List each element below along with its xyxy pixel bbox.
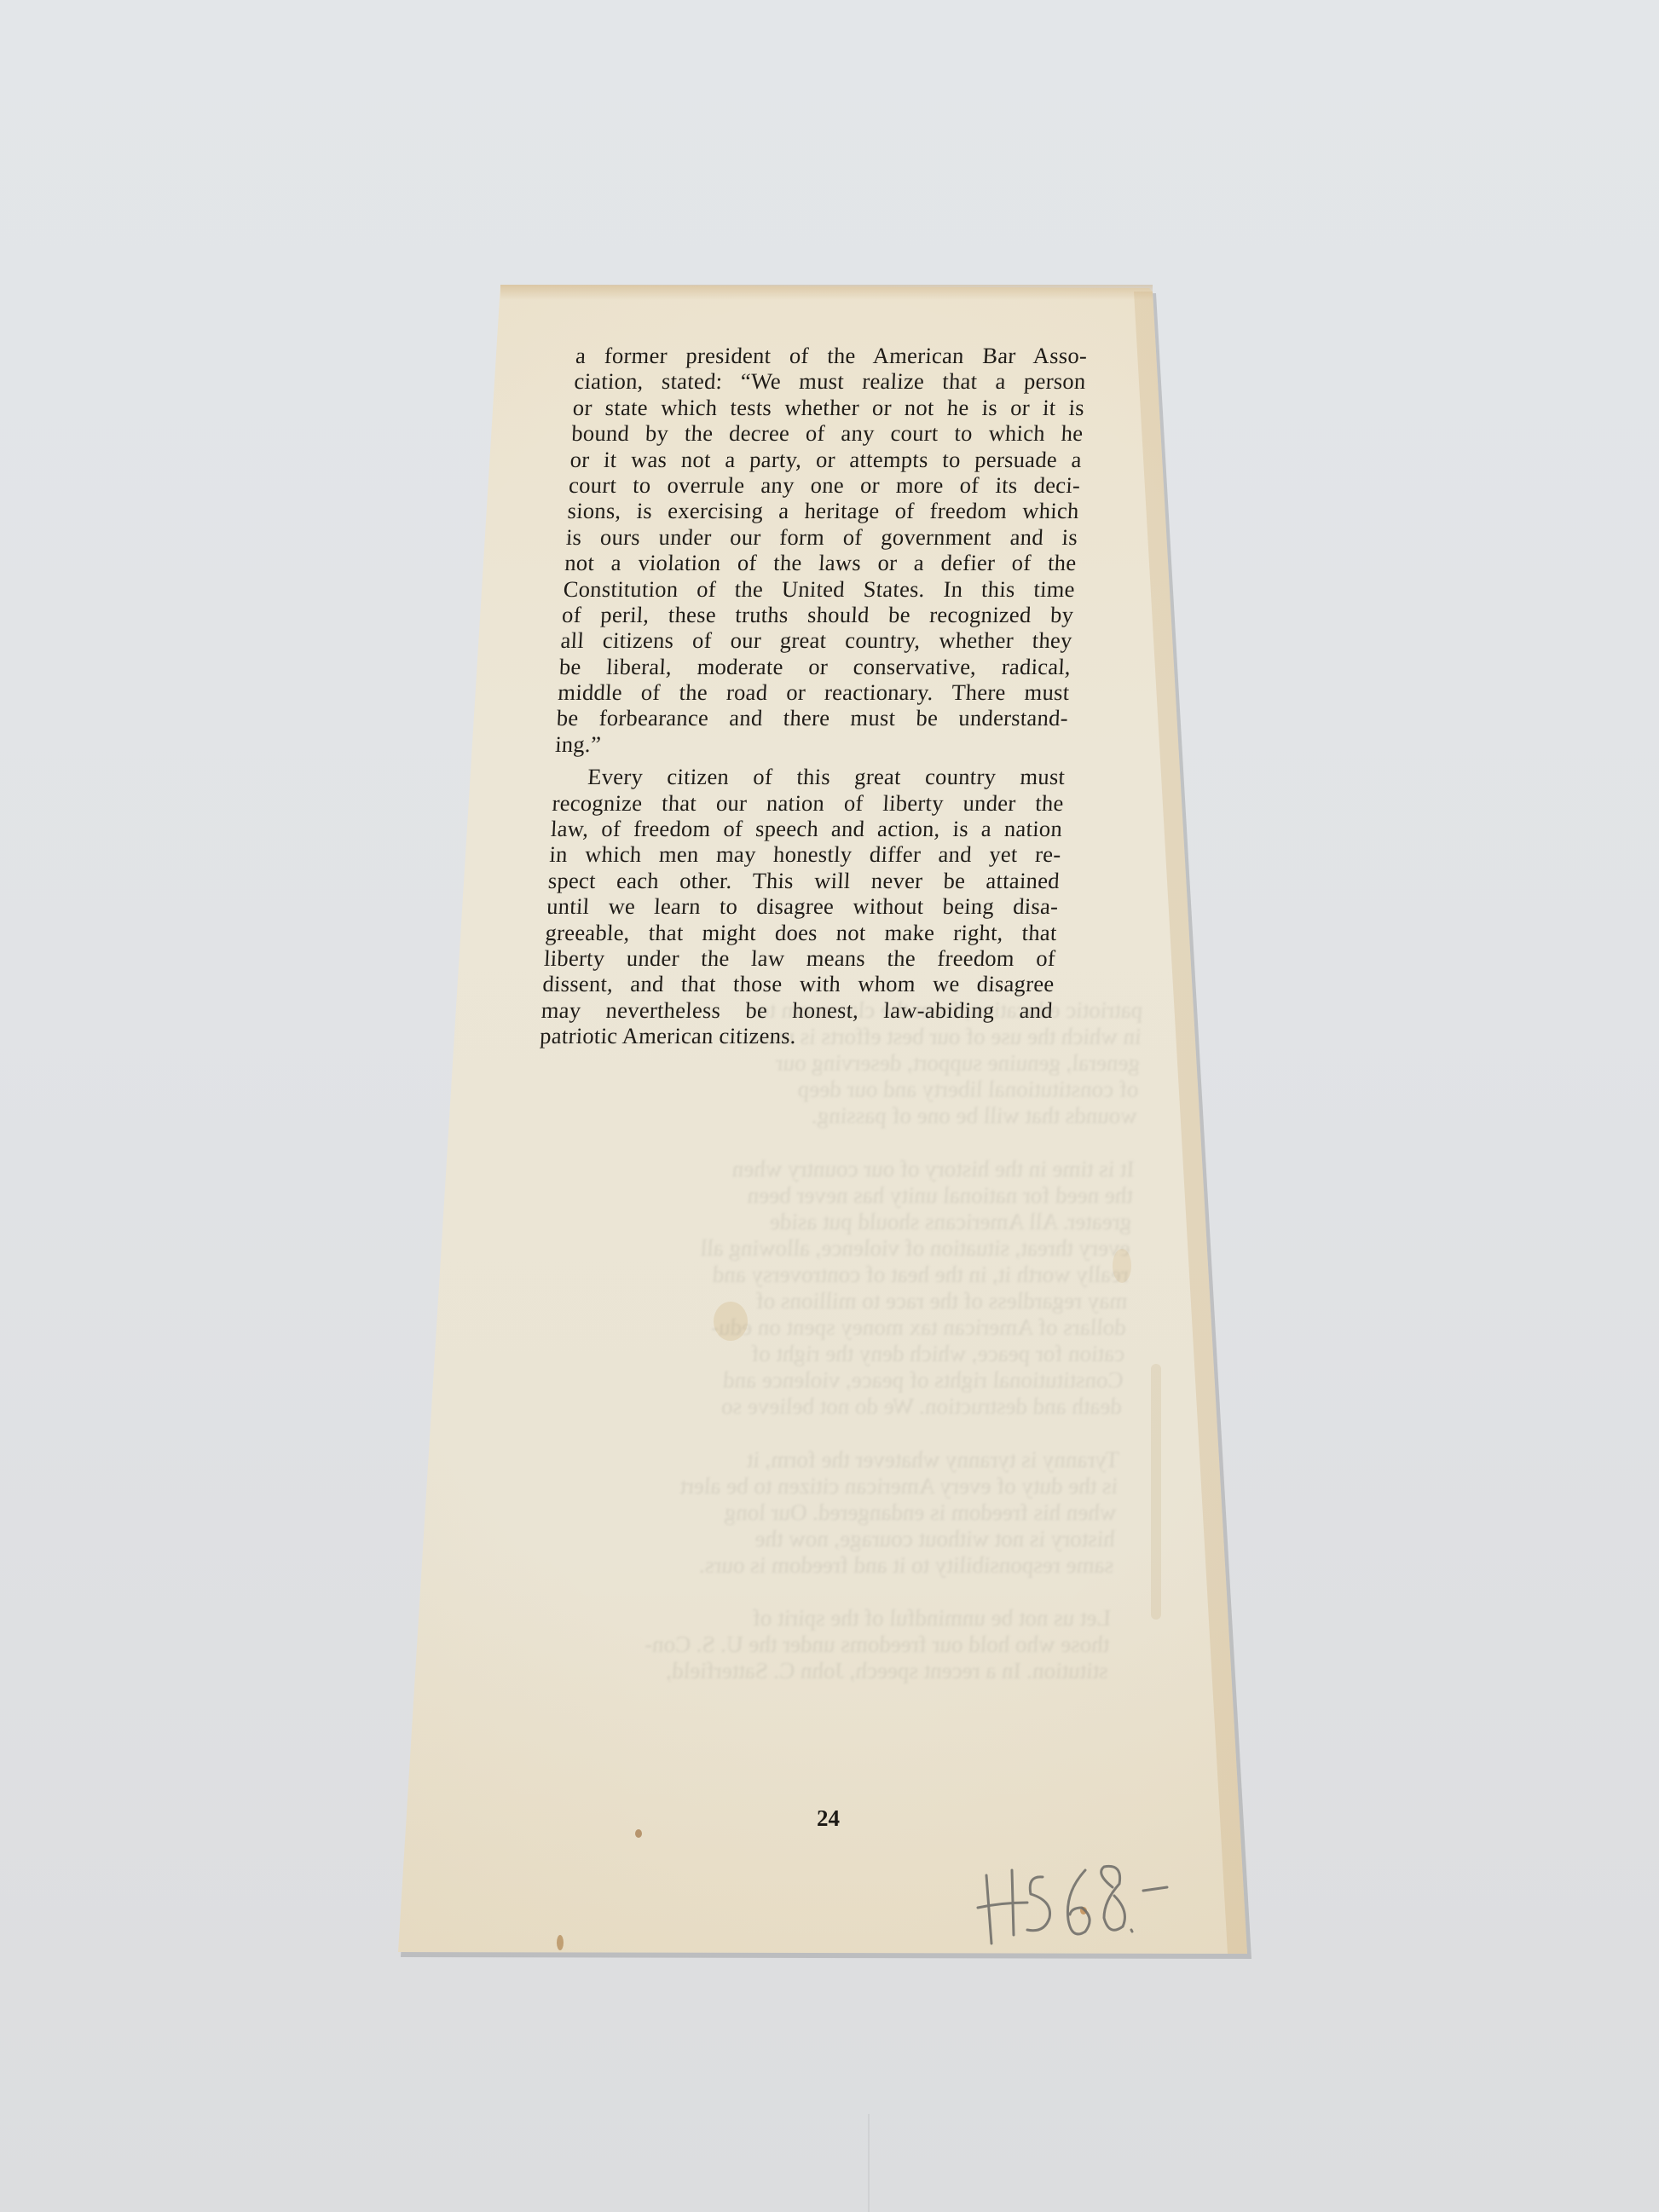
text-line: greeable, that might does not make right… (545, 920, 1058, 945)
paragraph-1: a former president of the American Bar A… (555, 343, 1088, 757)
text-line: sions, is exercising a heritage of freed… (567, 498, 1080, 523)
text-line: be forbearance and there must be underst… (556, 705, 1069, 731)
text-line: spect each other. This will never be att… (547, 868, 1061, 893)
handwritten-pencil-note: HS 68.- (976, 1858, 1172, 1952)
text-line: of peril, these truths should be recogni… (561, 602, 1074, 627)
text-line: middle of the road or reactionary. There… (558, 679, 1071, 705)
pencil-scribble-icon (976, 1858, 1172, 1952)
text-line: or it was not a party, or attempts to pe… (569, 447, 1083, 472)
text-line: Every citizen of this great country must (553, 764, 1066, 789)
text-line: not a violation of the laws or a defier … (564, 550, 1078, 575)
text-line: is ours under our form of government and… (565, 524, 1078, 550)
text-line: a former president of the American Bar A… (575, 343, 1088, 368)
page-number: 24 (817, 1805, 840, 1832)
text-line: all citizens of our great country, wheth… (560, 627, 1073, 653)
text-line: liberty under the law means the freedom … (543, 945, 1056, 971)
text-line: recognize that our nation of liberty und… (552, 790, 1065, 816)
paragraph-spacing (554, 757, 1066, 764)
text-line: patriotic American citizens. (540, 1023, 1053, 1048)
surface-texture (868, 2114, 870, 2212)
paragraph-2: Every citizen of this great country must… (540, 764, 1066, 1048)
text-line: law, of freedom of speech and action, is… (550, 816, 1063, 841)
reverse-side-show-through: patriotic education, from the classroom … (528, 997, 1143, 1684)
foxing-stain (1151, 1364, 1161, 1620)
text-line: ciation, stated: “We must realize that a… (574, 368, 1087, 394)
text-line: court to overrule any one or more of its… (568, 472, 1081, 498)
text-line: ing.” (555, 731, 1068, 757)
paper-yellowed-edge (500, 285, 1153, 300)
text-line: dissent, and that those with whom we dis… (542, 971, 1055, 996)
text-line: in which men may honestly differ and yet… (549, 841, 1062, 867)
body-text: a former president of the American Bar A… (540, 343, 1088, 1049)
text-line: until we learn to disagree without being… (546, 893, 1060, 919)
text-line: Constitution of the United States. In th… (563, 576, 1076, 602)
text-line: bound by the decree of any court to whic… (571, 420, 1084, 446)
text-line: be liberal, moderate or conservative, ra… (558, 654, 1072, 679)
foxing-stain (635, 1829, 642, 1838)
foxing-stain (557, 1935, 564, 1950)
text-line: or state which tests whether or not he i… (572, 395, 1085, 420)
text-line: may nevertheless be honest, law-abiding … (540, 997, 1054, 1023)
